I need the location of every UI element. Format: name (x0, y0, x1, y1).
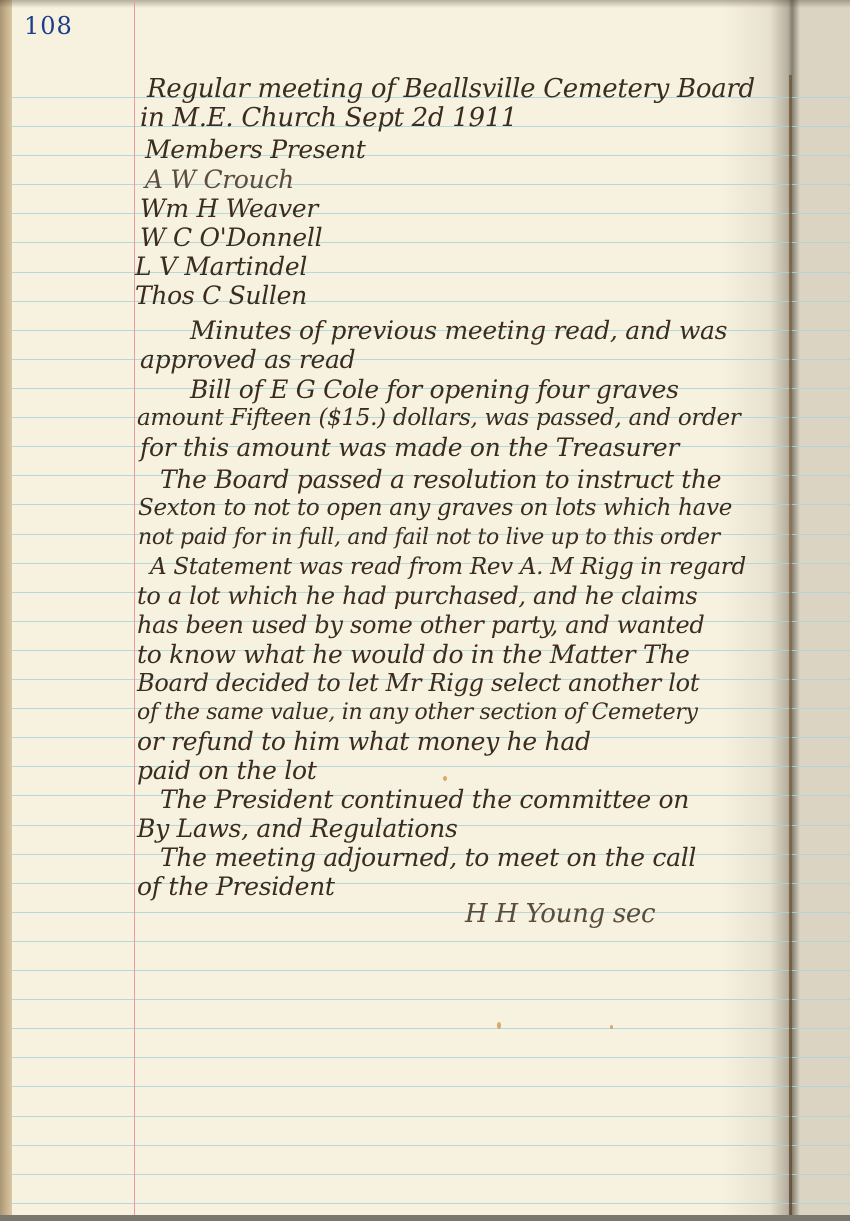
ruled-line (12, 970, 850, 971)
body-line-1: Minutes of previous meeting read, and wa… (190, 316, 727, 345)
body-line-10: to a lot which he had purchased, and he … (137, 582, 697, 611)
member-2: Wm H Weaver (140, 194, 318, 223)
body-line-3: Bill of E G Cole for opening four graves (190, 375, 679, 404)
book-binding (0, 0, 12, 1221)
body-line-8: not paid for in full, and fail not to li… (138, 523, 720, 552)
ledger-page: 108 Regular meeting of Beallsville Cemet… (0, 0, 850, 1221)
member-4: L V Martindel (135, 252, 307, 281)
body-line-5: for this amount was made on the Treasure… (140, 433, 679, 462)
ruled-line (12, 184, 850, 185)
ruled-line (12, 213, 850, 214)
member-3: W C O'Donnell (140, 223, 322, 252)
ruled-line (12, 1028, 850, 1029)
body-line-17: The President continued the committee on (160, 785, 689, 814)
paper-stain (497, 1022, 501, 1029)
body-line-19: The meeting adjourned, to meet on the ca… (160, 843, 696, 872)
ruled-line (12, 999, 850, 1000)
members-label: Members Present (145, 135, 365, 164)
body-line-6: The Board passed a resolution to instruc… (160, 465, 721, 494)
body-line-18: By Laws, and Regulations (137, 814, 457, 843)
body-line-15: or refund to him what money he had (137, 727, 591, 756)
page-number: 108 (24, 12, 73, 40)
body-line-4: amount Fifteen ($15.) dollars, was passe… (137, 404, 741, 433)
heading-line-2: in M.E. Church Sept 2d 1911 (140, 104, 517, 133)
page-fold-gutter (789, 75, 792, 1221)
ruled-line (12, 359, 850, 360)
ruled-line (12, 941, 850, 942)
paper-stain (443, 776, 447, 781)
body-line-20: of the President (137, 872, 335, 901)
member-5: Thos C Sullen (135, 281, 307, 310)
ruled-line (12, 1145, 850, 1146)
ruled-line (12, 1203, 850, 1204)
body-line-7: Sexton to not to open any graves on lots… (138, 494, 732, 523)
body-line-14: of the same value, in any other section … (137, 698, 698, 727)
page-bottom-edge (0, 1215, 850, 1221)
ruled-line (12, 242, 850, 243)
body-line-2: approved as read (140, 345, 355, 374)
red-margin-line (134, 0, 135, 1221)
ruled-line (12, 1116, 850, 1117)
body-line-16: paid on the lot (137, 756, 316, 785)
ruled-line (12, 1086, 850, 1087)
member-1: A W Crouch (145, 165, 294, 194)
ruled-line (12, 1174, 850, 1175)
secretary-signature: H H Young sec (465, 900, 655, 929)
ruled-line (12, 912, 850, 913)
body-line-11: has been used by some other party, and w… (137, 611, 705, 640)
heading-line-1: Regular meeting of Beallsville Cemetery … (147, 75, 755, 104)
body-line-13: Board decided to let Mr Rigg select anot… (137, 669, 699, 698)
body-line-9: A Statement was read from Rev A. M Rigg … (150, 553, 746, 582)
ruled-line (12, 155, 850, 156)
top-shadow (0, 0, 850, 8)
ruled-line (12, 1057, 850, 1058)
paper-stain (610, 1025, 613, 1029)
body-line-12: to know what he would do in the Matter T… (137, 640, 690, 669)
